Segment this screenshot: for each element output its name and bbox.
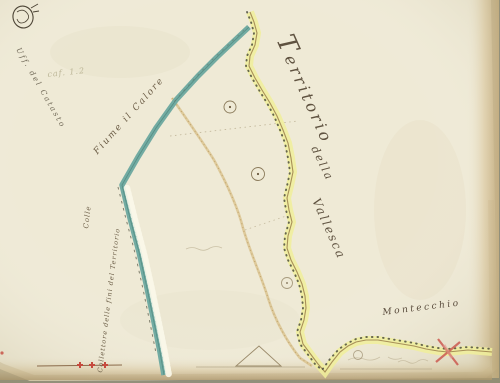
- map-canvas: Territorio della Vallesca Fiume il Calor…: [0, 0, 500, 383]
- paper-stain: [50, 26, 190, 78]
- paper-stain: [374, 120, 466, 300]
- map-artwork: [0, 0, 500, 383]
